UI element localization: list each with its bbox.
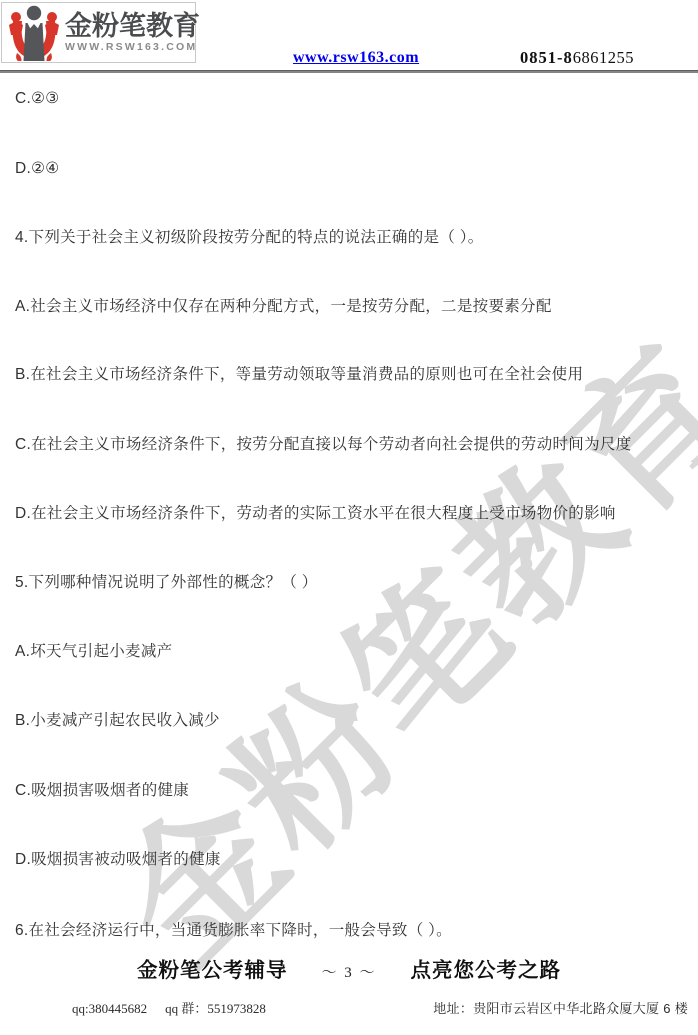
footer-right-slogan: 点亮您公考之路 [411,959,562,982]
brand-url: WWW.RSW163.COM [65,41,200,54]
document-page: 金粉笔教育 金粉笔教育 WWW.RSW163.COM www.rsw163.co… [0,0,698,1035]
header-divider [0,70,698,73]
qq-number: qq:380445682 [72,1001,147,1016]
option-line: B.在社会主义市场经济条件下，等量劳动领取等量消费品的原则也可在全社会使用 [15,364,583,386]
footer-left-slogan: 金粉笔公考辅导 [137,959,288,982]
qq-contact: qq:380445682qq 群：551973828 [72,998,266,1017]
option-line: A.坏天气引起小麦减产 [15,641,172,663]
option-line: D.吸烟损害被动吸烟者的健康 [15,849,221,871]
option-line: C.在社会主义市场经济条件下，按劳分配直接以每个劳动者向社会提供的劳动时间为尺度 [15,434,632,456]
question-line: 4.下列关于社会主义初级阶段按劳分配的特点的说法正确的是（ ）。 [15,227,484,249]
option-line: A.社会主义市场经济中仅存在两种分配方式，一是按劳分配，二是按要素分配 [15,296,552,318]
footer-info-row: qq:380445682qq 群：551973828 地址：贵阳市云岩区中华北路… [0,998,698,1018]
phone-number-prefix: 0851-8 [520,48,573,67]
brand-text-block: 金粉笔教育 WWW.RSW163.COM [65,11,200,54]
option-line: D.②④ [15,158,60,180]
option-line: C.吸烟损害吸烟者的健康 [15,780,189,802]
people-u-icon [7,5,61,61]
site-link[interactable]: www.rsw163.com [293,49,419,67]
option-line: B.小麦减产引起农民收入减少 [15,710,220,732]
page-number: ～ 3 ～ [321,965,376,981]
phone-number-suffix: 6861255 [573,48,634,67]
phone-number: 0851-86861255 [520,48,634,68]
address: 地址：贵阳市云岩区中华北路众厦大厦 6 楼 [433,998,688,1017]
question-line: 6.在社会经济运行中，当通货膨胀率下降时，一般会导致（ ）。 [15,920,452,942]
question-line: 5.下列哪种情况说明了外部性的概念？（ ） [15,572,318,594]
qq-group-number: qq 群：551973828 [165,1001,266,1016]
brand-name: 金粉笔教育 [65,11,200,41]
brand-logo: 金粉笔教育 WWW.RSW163.COM [1,2,196,63]
option-line: D.在社会主义市场经济条件下，劳动者的实际工资水平在很大程度上受市场物价的影响 [15,503,616,525]
option-line: C.②③ [15,88,60,110]
footer-slogan-line: 金粉笔公考辅导～ 3 ～点亮您公考之路 [0,953,698,983]
